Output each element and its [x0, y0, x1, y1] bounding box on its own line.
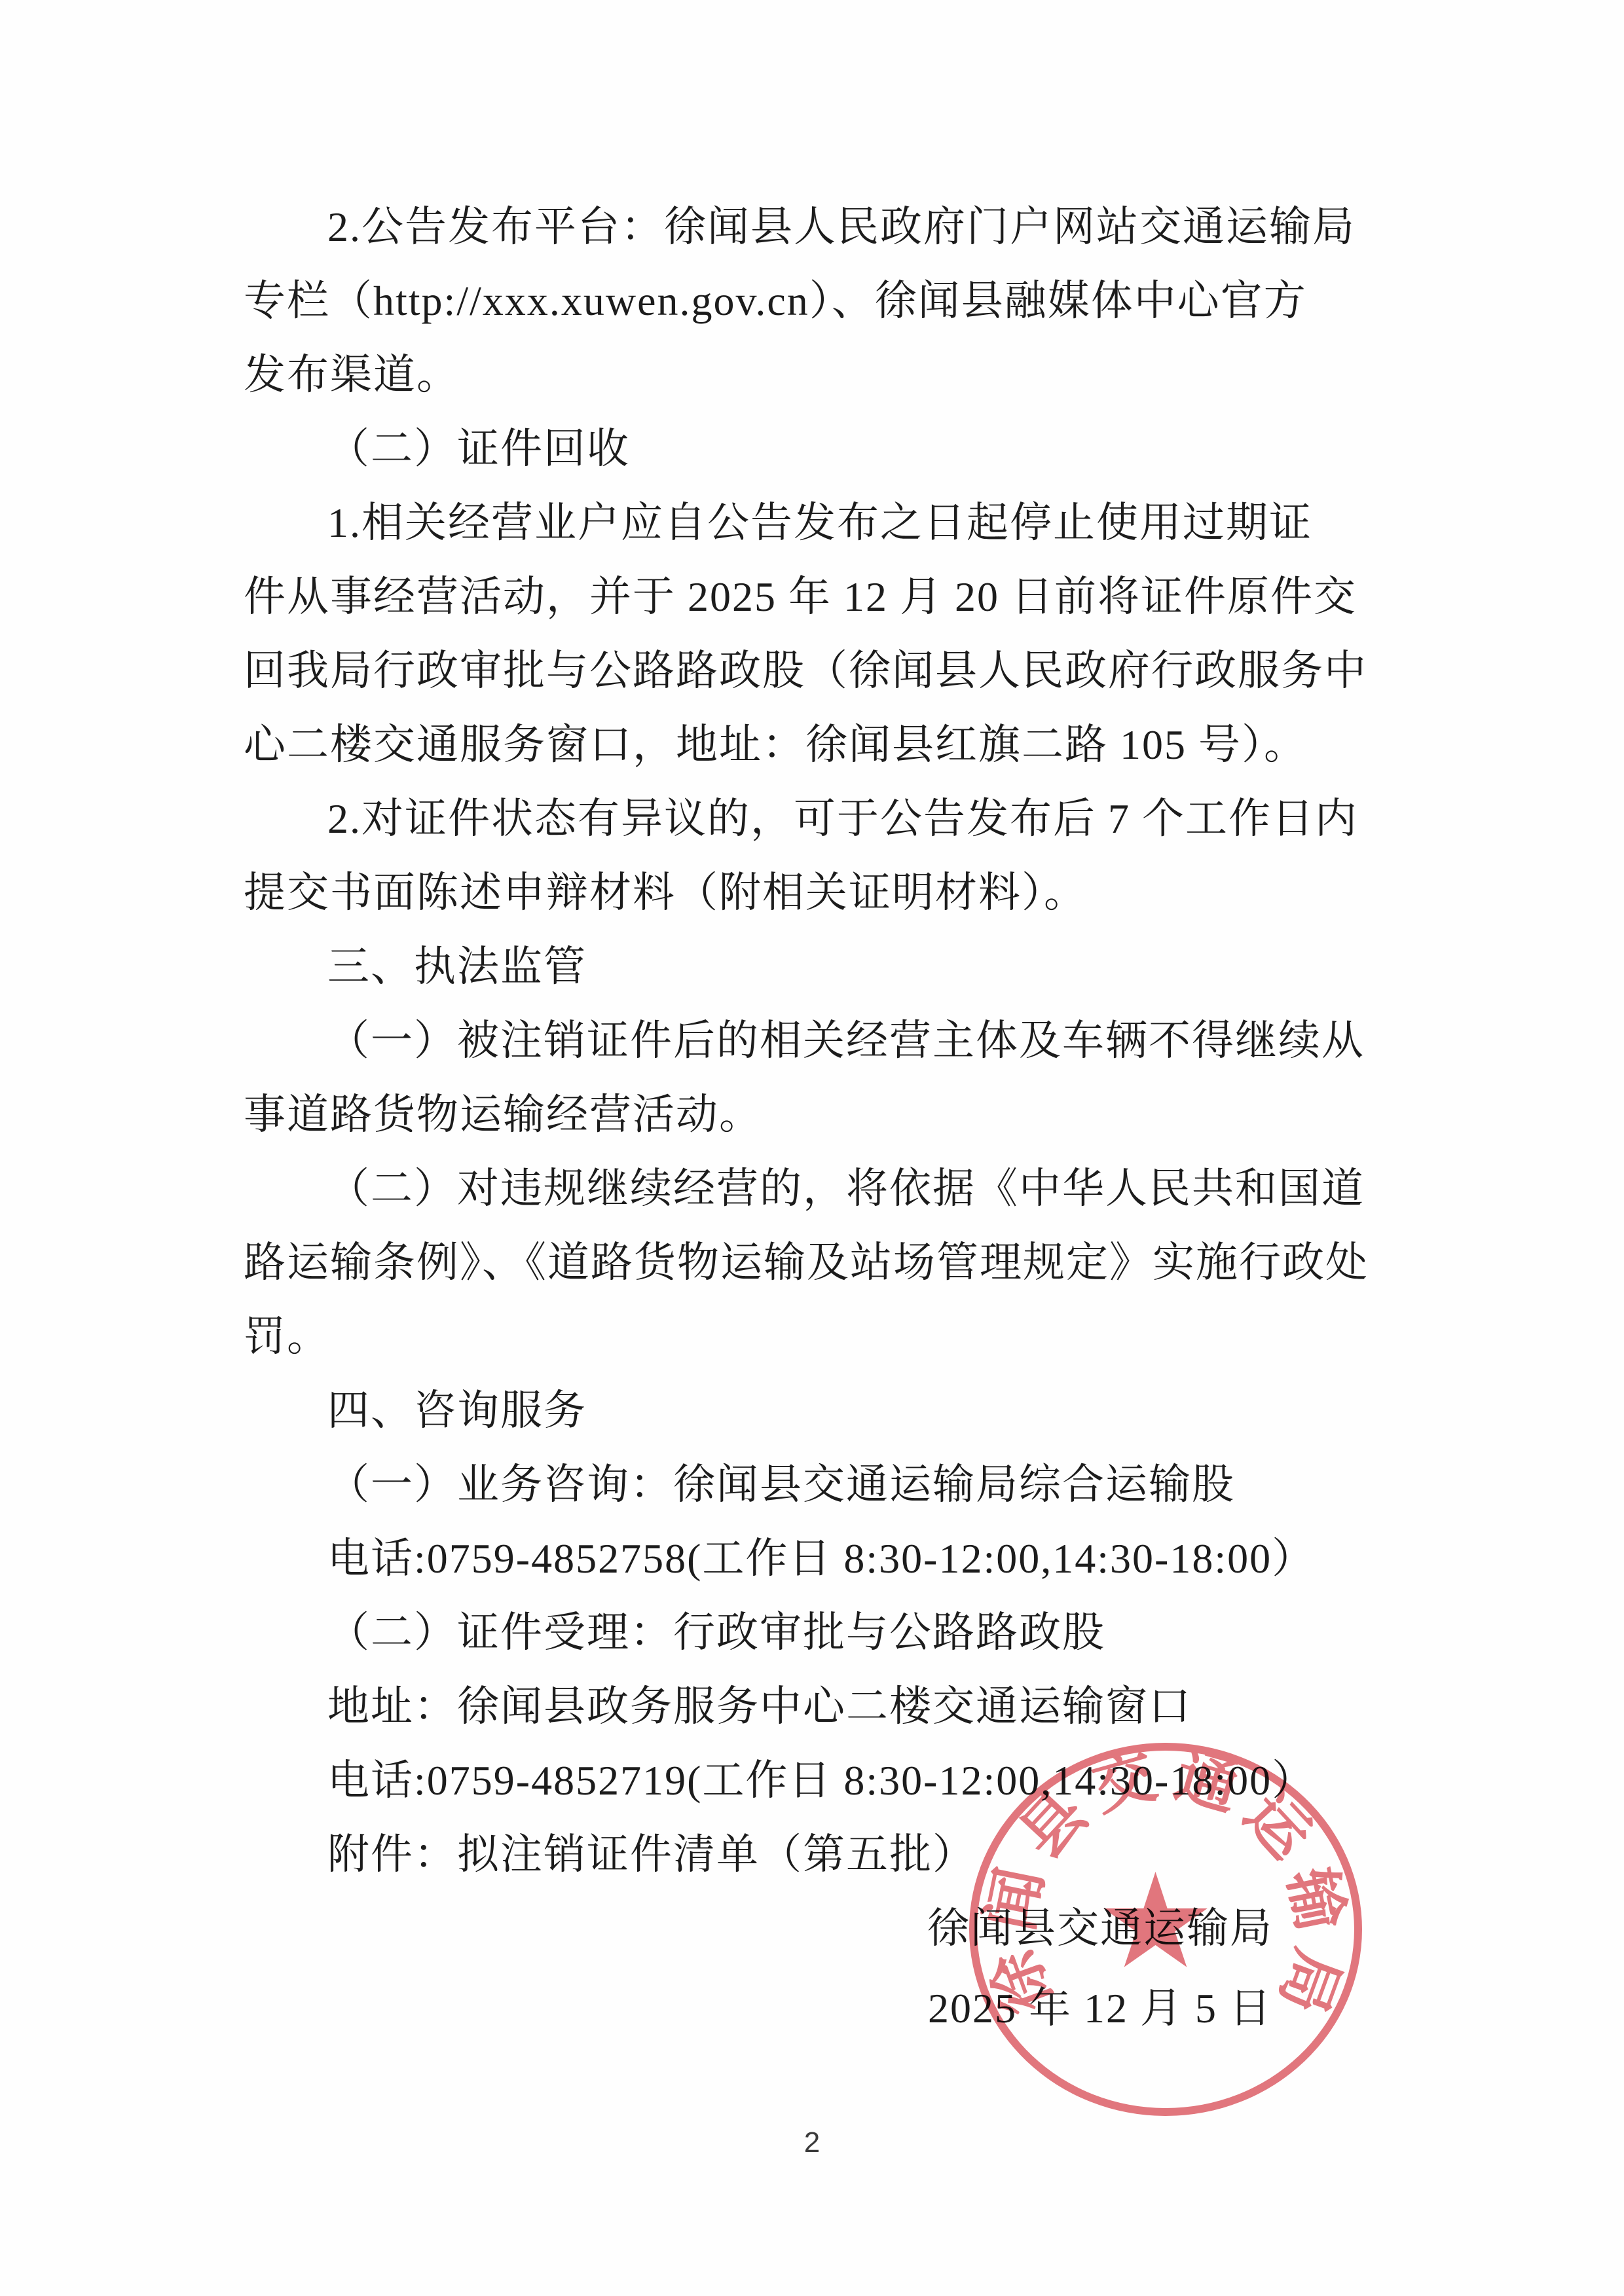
document-line: 件从事经营活动，并于 2025 年 12 月 20 日前将证件原件交 [244, 560, 1393, 634]
document-line: 发布渠道。 [244, 338, 1393, 412]
document-line: 罚。 [244, 1300, 1393, 1374]
document-section-heading: 四、咨询服务 [244, 1374, 1393, 1448]
signature-date: 2025 年 12 月 5 日 [891, 1972, 1310, 2045]
document-line: 1.相关经营业户应自公告发布之日起停止使用过期证 [244, 486, 1393, 560]
document-line: 电话:0759-4852719(工作日 8:30-12:00,14:30-18:… [244, 1743, 1393, 1817]
document-line: 地址：徐闻县政务服务中心二楼交通运输窗口 [244, 1669, 1393, 1743]
document-line: 电话:0759-4852758(工作日 8:30-12:00,14:30-18:… [244, 1522, 1393, 1595]
document-line: 路运输条例》、《道路货物运输及站场管理规定》实施行政处 [244, 1226, 1393, 1300]
document-line: 2.公告发布平台：徐闻县人民政府门户网站交通运输局 [244, 190, 1393, 264]
document-line: 回我局行政审批与公路路政股（徐闻县人民政府行政服务中 [244, 634, 1393, 708]
document-line: 2.对证件状态有异议的，可于公告发布后 7 个工作日内 [244, 782, 1393, 856]
document-line: 专栏（http://xxx.xuwen.gov.cn）、徐闻县融媒体中心官方 [244, 264, 1393, 338]
signature-block: 徐闻县交通运输局 2025 年 12 月 5 日 [891, 1892, 1310, 2045]
document-section-heading: 三、执法监管 [244, 930, 1393, 1004]
document-line: （一）被注销证件后的相关经营主体及车辆不得继续从 [244, 1004, 1393, 1078]
document-line: 心二楼交通服务窗口，地址：徐闻县红旗二路 105 号）。 [244, 708, 1393, 782]
page-number: 2 [0, 2126, 1624, 2159]
document-page: 2.公告发布平台：徐闻县人民政府门户网站交通运输局 专栏（http://xxx.… [0, 0, 1624, 2296]
document-line: （二）证件回收 [244, 412, 1393, 486]
document-line: 事道路货物运输经营活动。 [244, 1078, 1393, 1152]
document-line: 提交书面陈述申辩材料（附相关证明材料）。 [244, 856, 1393, 930]
document-line: （二）证件受理：行政审批与公路路政股 [244, 1595, 1393, 1669]
document-line: （一）业务咨询：徐闻县交通运输局综合运输股 [244, 1448, 1393, 1522]
document-line: （二）对违规继续经营的，将依据《中华人民共和国道 [244, 1152, 1393, 1226]
attachment-line: 附件：拟注销证件清单（第五批） [244, 1817, 1393, 1891]
signature-org: 徐闻县交通运输局 [891, 1892, 1310, 1965]
document-body: 2.公告发布平台：徐闻县人民政府门户网站交通运输局 专栏（http://xxx.… [244, 190, 1393, 1891]
